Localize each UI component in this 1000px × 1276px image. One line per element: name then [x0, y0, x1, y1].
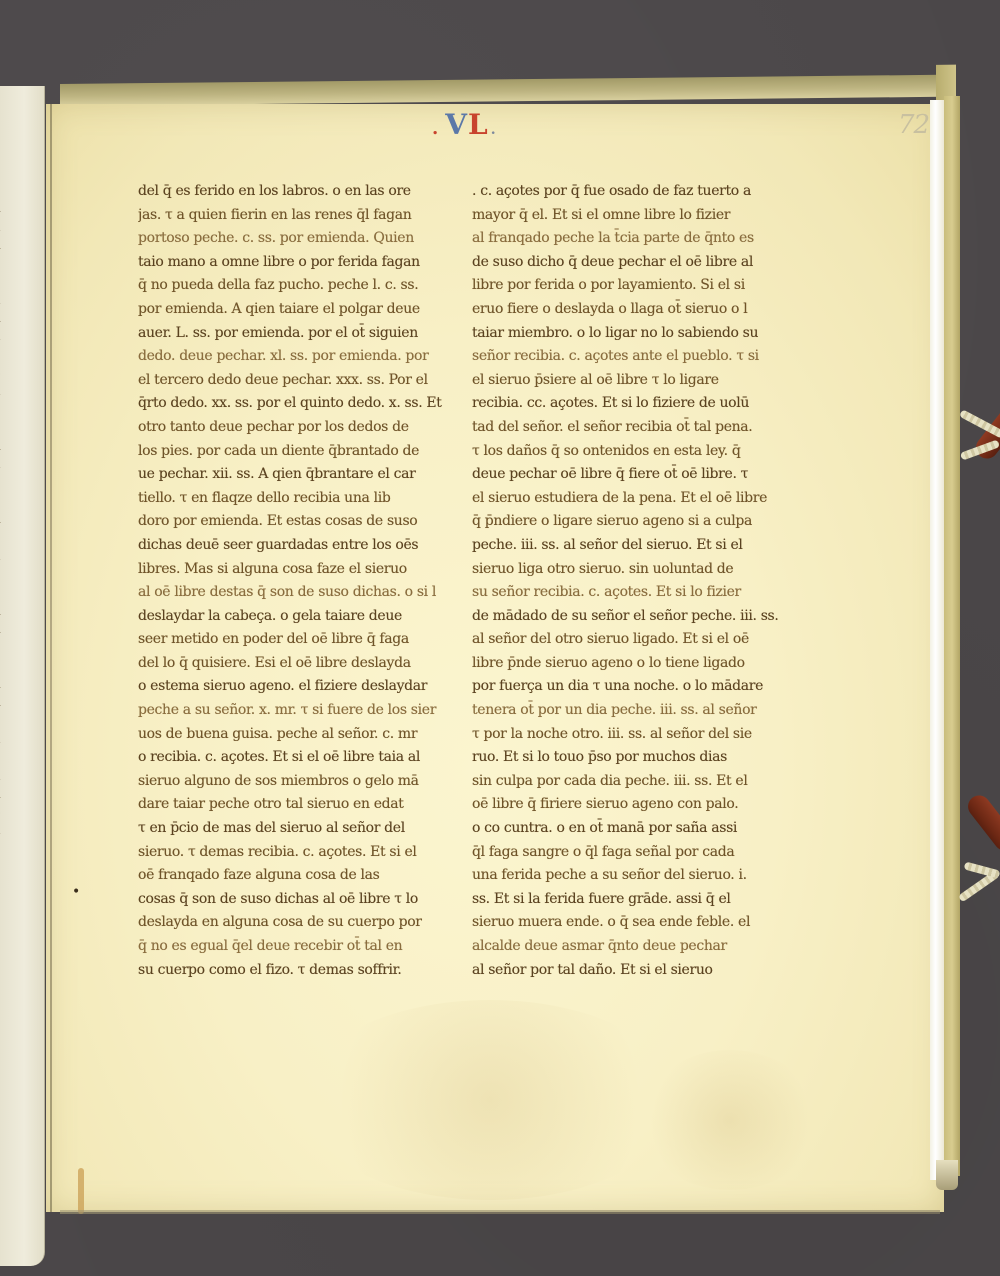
bleed-line: e: [0, 273, 1, 291]
bleed-line: r: [0, 402, 1, 420]
manuscript-line: taio mano a omne libre o por ferida faga…: [138, 251, 443, 275]
bleed-line: n: [0, 438, 1, 456]
manuscript-line: sieruo liga otro sieruo. sin uoluntad de: [472, 558, 797, 582]
parchment-stain: [300, 1000, 680, 1200]
manuscript-line: al oē libre destas q̄ son de suso dichas…: [138, 581, 443, 605]
bleed-line: d: [0, 310, 1, 328]
bleed-line: s: [0, 530, 1, 548]
manuscript-line: por emienda. A qien taiare el polgar deu…: [138, 298, 443, 322]
manuscript-line: al señor del otro sieruo ligado. Et si e…: [472, 628, 797, 652]
manuscript-line: señor recibia. c. açotes ante el pueblo.…: [472, 345, 797, 369]
bleed-line: i: [0, 493, 1, 511]
bleed-line: a: [0, 328, 1, 346]
bleed-line: u: [0, 786, 1, 804]
bleed-line: n: [0, 237, 1, 255]
manuscript-line: del q̄ es ferido en los labros. o en las…: [138, 180, 443, 204]
manuscript-line: el sieruo p̄siere al oē libre τ lo ligar…: [472, 369, 797, 393]
folio-number: 72: [898, 110, 929, 140]
margin-dot-mark: •: [72, 884, 80, 900]
bleed-line: c: [0, 475, 1, 493]
manuscript-line: seer metido en poder del oē libre q̄ fag…: [138, 628, 443, 652]
manuscript-line: τ por la noche otro. iii. ss. al señor d…: [472, 723, 797, 747]
previous-page-text-bleed: edanseadasoarenacinsasrndseunealauoacl: [0, 182, 1, 877]
manuscript-line: deslaydar la cabeça. o gela taiare deue: [138, 605, 443, 629]
manuscript-line: alcalde deue asmar q̄nto deue pechar: [472, 935, 797, 959]
bleed-line: a: [0, 292, 1, 310]
manuscript-line: q̄l faga sangre o q̄l faga señal por cad…: [472, 841, 797, 865]
bleed-line: a: [0, 456, 1, 474]
previous-page-edge: edanseadasoarenacinsasrndseunealauoacl: [0, 86, 45, 1266]
manuscript-line: o estema sieruo ageno. el fiziere deslay…: [138, 675, 443, 699]
bleed-line: d: [0, 621, 1, 639]
bleed-line: e: [0, 713, 1, 731]
bleed-line: e: [0, 420, 1, 438]
manuscript-line: peche. iii. ss. al señor del sieruo. Et …: [472, 534, 797, 558]
bleed-line: o: [0, 804, 1, 822]
manuscript-line: sieruo. τ demas recibia. c. açotes. Et s…: [138, 841, 443, 865]
manuscript-line: libre p̄nde sieruo ageno o lo tiene liga…: [472, 652, 797, 676]
bleed-line: s: [0, 255, 1, 273]
manuscript-line: deue pechar oē libre q̄ fiere ot̄ oē lib…: [472, 463, 797, 487]
manuscript-line: tenera ot̄ por un dia peche. iii. ss. al…: [472, 699, 797, 723]
bleed-line: s: [0, 566, 1, 584]
manuscript-line: sin culpa por cada dia peche. iii. ss. E…: [472, 770, 797, 794]
manuscript-line: o co cuntra. o en ot̄ manā por saña assi: [472, 817, 797, 841]
manuscript-line: recibia. cc. açotes. Et si lo fiziere de…: [472, 392, 797, 416]
manuscript-line: q̄ no pueda della faz pucho. peche l. c.…: [138, 274, 443, 298]
manuscript-line: otro tanto deue pechar por los dedos de: [138, 416, 443, 440]
manuscript-line: dare taiar peche otro tal sieruo en edat: [138, 793, 443, 817]
manuscript-line: el sieruo estudiera de la pena. Et el oē…: [472, 487, 797, 511]
header-letter-red: L: [468, 112, 488, 138]
manuscript-line: sieruo alguno de sos miembros o gelo mā: [138, 770, 443, 794]
header-dot: .: [432, 120, 438, 138]
parchment-stain: [640, 1050, 820, 1190]
gutter-line: [50, 104, 52, 1212]
bleed-line: l: [0, 859, 1, 877]
bleed-line: o: [0, 365, 1, 383]
manuscript-line: peche a su señor. x. mr. τ si fuere de l…: [138, 699, 443, 723]
manuscript-line: uos de buena guisa. peche al señor. c. m…: [138, 723, 443, 747]
manuscript-line: al franqado peche la t̄cia parte de q̄nt…: [472, 227, 797, 251]
bleed-line: c: [0, 841, 1, 859]
bleed-line: r: [0, 585, 1, 603]
bleed-line: n: [0, 603, 1, 621]
manuscript-line: doro por emienda. Et estas cosas de suso: [138, 510, 443, 534]
manuscript-line: ruo. Et si lo touo p̄so por muchos dias: [472, 746, 797, 770]
manuscript-line: q̄rto dedo. xx. ss. por el quinto dedo. …: [138, 392, 443, 416]
manuscript-line: ue pechar. xii. ss. A qien q̄brantare el…: [138, 463, 443, 487]
manuscript-line: dichas deuē seer guardadas entre los oēs: [138, 534, 443, 558]
manuscript-line: libre por ferida o por layamiento. Si el…: [472, 274, 797, 298]
bleed-line: l: [0, 749, 1, 767]
manuscript-line: del lo q̄ quisiere. Esi el oē libre desl…: [138, 652, 443, 676]
manuscript-line: el tercero dedo deue pechar. xxx. ss. Po…: [138, 369, 443, 393]
folio-bottom-edge: [60, 1210, 940, 1214]
bleed-line: u: [0, 676, 1, 694]
manuscript-line: libres. Mas si alguna cosa faze el sieru…: [138, 558, 443, 582]
manuscript-line: oē libre q̄ firiere sieruo ageno con pal…: [472, 793, 797, 817]
bleed-line: a: [0, 822, 1, 840]
manuscript-line: dedo. deue pechar. xl. ss. por emienda. …: [138, 345, 443, 369]
manuscript-line: mayor q̄ el. Et si el omne libre lo fizi…: [472, 204, 797, 228]
header-letter-blue: V: [445, 112, 467, 138]
bleed-line: e: [0, 658, 1, 676]
manuscript-line: al señor por tal daño. Et si el sieruo: [472, 959, 797, 983]
edge-stain: [78, 1168, 84, 1214]
manuscript-line: una ferida peche a su señor del sieruo. …: [472, 864, 797, 888]
manuscript-line: deslayda en alguna cosa de su cuerpo por: [138, 911, 443, 935]
folio-right-fold: [930, 100, 944, 1180]
running-header: . V L .: [432, 108, 496, 138]
manuscript-line: jas. τ a quien fierin en las renes q̄l f…: [138, 204, 443, 228]
bleed-line: a: [0, 383, 1, 401]
header-dot: .: [491, 122, 496, 138]
manuscript-line: portoso peche. c. ss. por emienda. Quien: [138, 227, 443, 251]
bleed-line: a: [0, 768, 1, 786]
manuscript-line: tiello. τ en flaqze dello recibia una li…: [138, 487, 443, 511]
bleed-line: n: [0, 694, 1, 712]
manuscript-line: τ en p̄cio de mas del sieruo al señor de…: [138, 817, 443, 841]
manuscript-line: los pies. por cada un diente q̄brantado …: [138, 440, 443, 464]
bleed-line: s: [0, 639, 1, 657]
bleed-line: n: [0, 511, 1, 529]
bleed-line: a: [0, 219, 1, 237]
bleed-line: a: [0, 548, 1, 566]
manuscript-line: q̄ p̄ndiere o ligare sieruo ageno si a c…: [472, 510, 797, 534]
manuscript-line: τ los daños q̄ so ontenidos en esta ley.…: [472, 440, 797, 464]
bleed-line: e: [0, 182, 1, 200]
binding-edge-bottom: [936, 1160, 958, 1190]
manuscript-line: taiar miembro. o lo ligar no lo sabiendo…: [472, 322, 797, 346]
manuscript-line: ss. Et si la ferida fuere grāde. assi q̄…: [472, 888, 797, 912]
manuscript-line: su cuerpo como el fizo. τ demas soffrir.: [138, 959, 443, 983]
manuscript-line: eruo fiere o deslayda o llaga ot̄ sieruo…: [472, 298, 797, 322]
manuscript-line: oē franqado faze alguna cosa de las: [138, 864, 443, 888]
manuscript-line: . c. açotes por q̄ fue osado de faz tuer…: [472, 180, 797, 204]
manuscript-line: de mādado de su señor el señor peche. ii…: [472, 605, 797, 629]
right-text-column: . c. açotes por q̄ fue osado de faz tuer…: [472, 180, 797, 982]
manuscript-line: sieruo muera ende. o q̄ sea ende feble. …: [472, 911, 797, 935]
manuscript-line: q̄ no es egual q̄el deue recebir ot̄ tal…: [138, 935, 443, 959]
manuscript-line: o recibia. c. açotes. Et si el oē libre …: [138, 746, 443, 770]
manuscript-line: cosas q̄ son de suso dichas al oē libre …: [138, 888, 443, 912]
binding-edge: [944, 96, 960, 1176]
left-text-column: del q̄ es ferido en los labros. o en las…: [138, 180, 443, 982]
manuscript-line: por fuerça un dia τ una noche. o lo māda…: [472, 675, 797, 699]
manuscript-line: su señor recibia. c. açotes. Et si lo fi…: [472, 581, 797, 605]
manuscript-line: de suso dicho q̄ deue pechar el oē libre…: [472, 251, 797, 275]
bleed-line: a: [0, 731, 1, 749]
bleed-line: s: [0, 347, 1, 365]
manuscript-line: auer. L. ss. por emienda. por el ot̄ sig…: [138, 322, 443, 346]
manuscript-line: tad del señor. el señor recibia ot̄ tal …: [472, 416, 797, 440]
bleed-line: d: [0, 200, 1, 218]
